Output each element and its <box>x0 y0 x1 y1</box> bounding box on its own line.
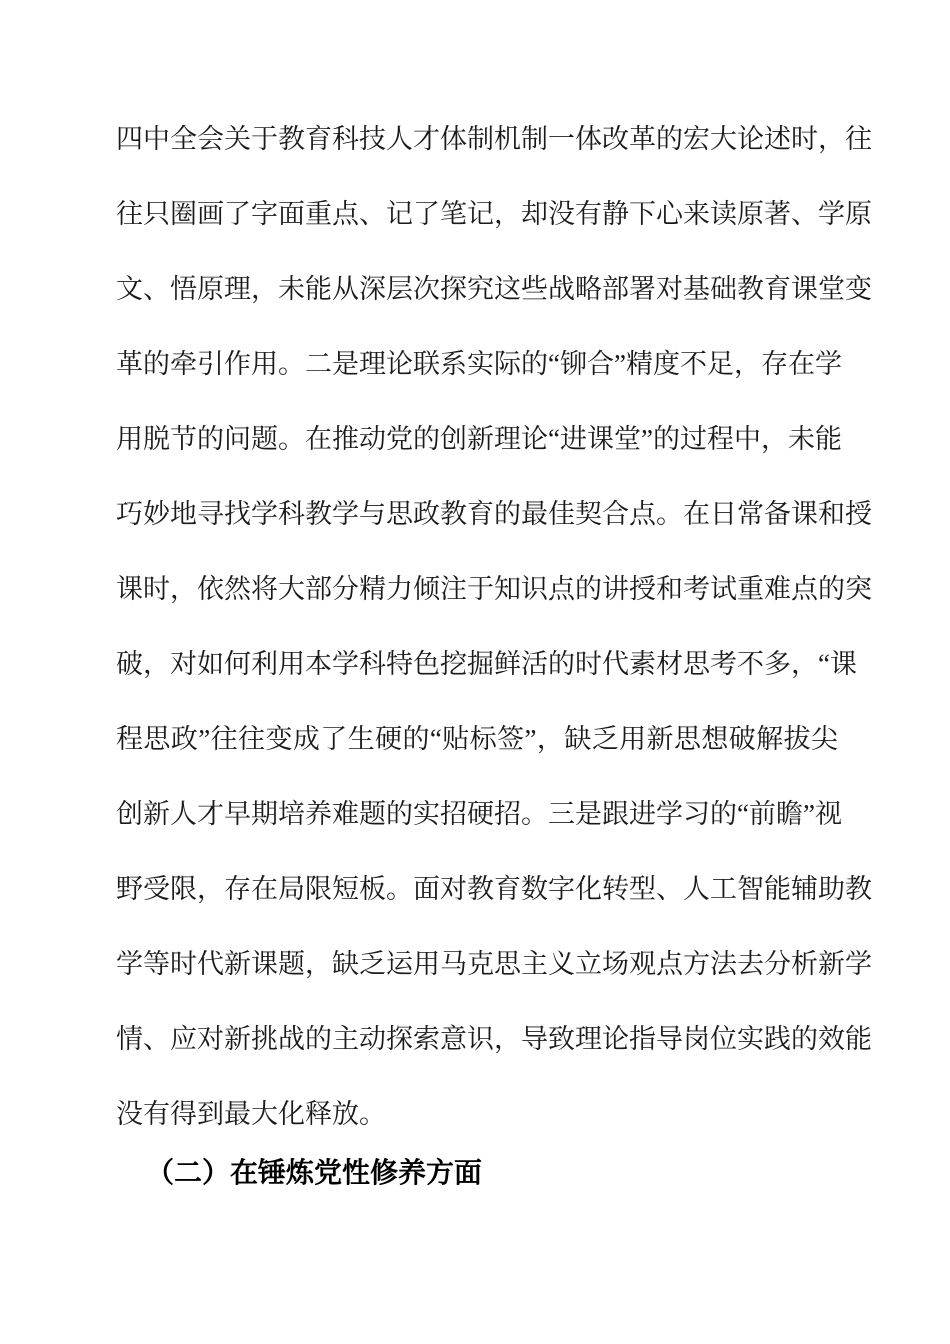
section-heading: （二）在锤炼党性修养方面 <box>116 1154 838 1194</box>
text-line: 没有得到最大化释放。 <box>116 1077 838 1152</box>
text-line: 巧妙地寻找学科教学与思政教育的最佳契合点。在日常备课和授 <box>116 477 838 552</box>
text-line: 往只圈画了字面重点、记了笔记，却没有静下心来读原著、学原 <box>116 177 838 252</box>
text-line: 课时，依然将大部分精力倾注于知识点的讲授和考试重难点的突 <box>116 552 838 627</box>
text-line: 破，对如何利用本学科特色挖掘鲜活的时代素材思考不多，“课 <box>116 627 838 702</box>
document-page: 四中全会关于教育科技人才体制机制一体改革的宏大论述时，往 往只圈画了字面重点、记… <box>0 0 950 1344</box>
text-line: 野受限，存在局限短板。面对教育数字化转型、人工智能辅助教 <box>116 852 838 927</box>
text-line: 四中全会关于教育科技人才体制机制一体改革的宏大论述时，往 <box>116 102 838 177</box>
text-line: 学等时代新课题，缺乏运用马克思主义立场观点方法去分析新学 <box>116 927 838 1002</box>
text-line: 用脱节的问题。在推动党的创新理论“进课堂”的过程中，未能 <box>116 402 838 477</box>
text-line: 革的牵引作用。二是理论联系实际的“铆合”精度不足，存在学 <box>116 327 838 402</box>
text-line: 情、应对新挑战的主动探索意识，导致理论指导岗位实践的效能 <box>116 1002 838 1077</box>
text-line: 程思政”往往变成了生硬的“贴标签”，缺乏用新思想破解拔尖 <box>116 702 838 777</box>
text-line: 创新人才早期培养难题的实招硬招。三是跟进学习的“前瞻”视 <box>116 777 838 852</box>
text-line: 文、悟原理，未能从深层次探究这些战略部署对基础教育课堂变 <box>116 252 838 327</box>
paragraph-continuation: 四中全会关于教育科技人才体制机制一体改革的宏大论述时，往 往只圈画了字面重点、记… <box>116 102 838 1152</box>
document-text-block: 四中全会关于教育科技人才体制机制一体改革的宏大论述时，往 往只圈画了字面重点、记… <box>116 0 838 1194</box>
